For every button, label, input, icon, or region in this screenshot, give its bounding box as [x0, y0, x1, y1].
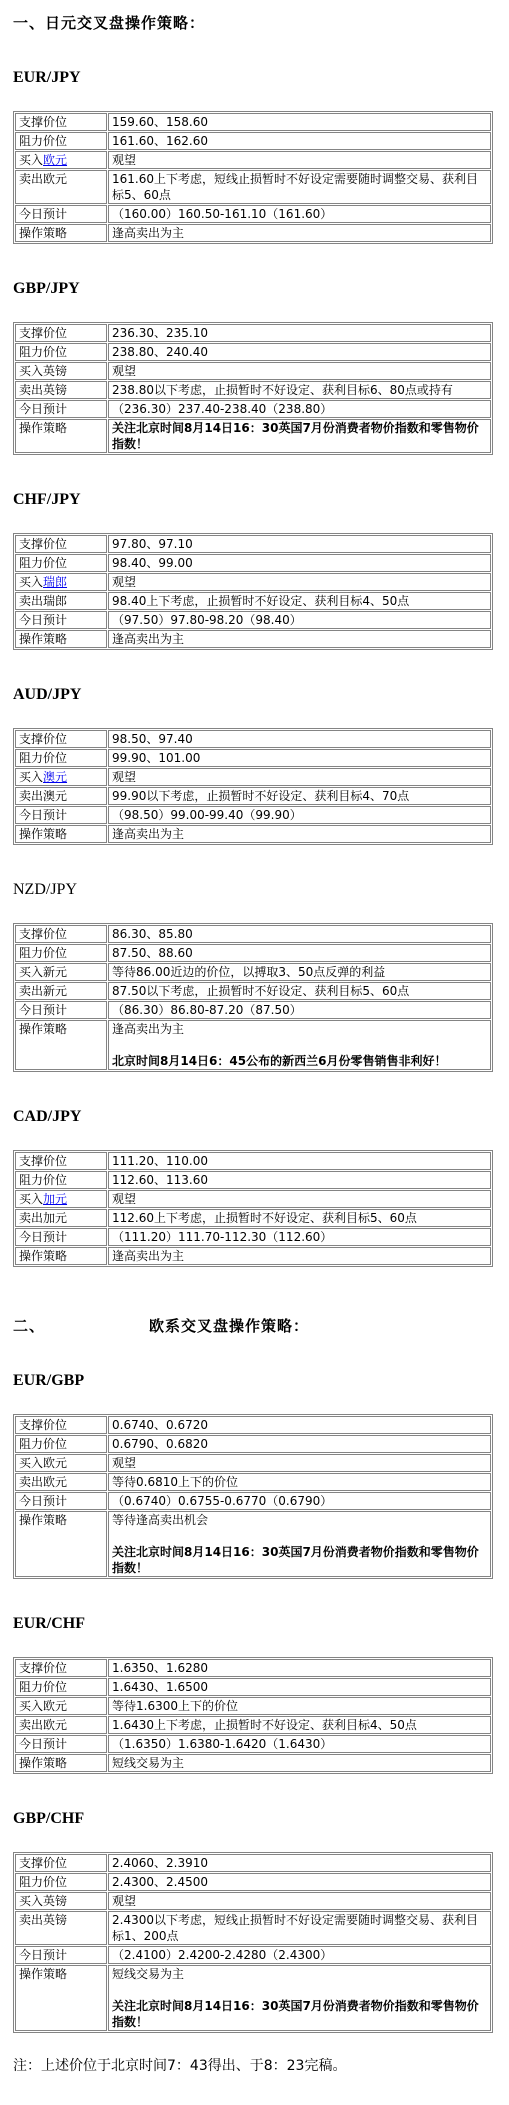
row-value: 99.90、101.00: [108, 749, 491, 767]
row-value: 111.20、110.00: [108, 1152, 491, 1170]
row-value-text: 等待0.6810上下的价位: [112, 1474, 487, 1490]
row-value-text: （97.50）97.80-98.20（98.40）: [112, 612, 487, 628]
strategy-table: 支撑价位111.20、110.00阻力价位112.60、113.60买入加元观望…: [13, 1150, 493, 1267]
table-row: 卖出欧元161.60上下考虑，短线止损暂时不好设定需要随时调整交易、获利目标5、…: [15, 170, 491, 204]
row-label: 今日预计: [15, 205, 107, 223]
row-value-text: 1.6350、1.6280: [112, 1660, 487, 1676]
row-label: 阻力价位: [15, 749, 107, 767]
row-value: 0.6790、0.6820: [108, 1435, 491, 1453]
row-label-text: 买入: [19, 575, 43, 589]
row-label-text: 支撑价位: [19, 537, 67, 551]
row-value-text: （236.30）237.40-238.40（238.80）: [112, 401, 487, 417]
row-label: 今日预计: [15, 1228, 107, 1246]
table-row: 阻力价位112.60、113.60: [15, 1171, 491, 1189]
table-row: 卖出瑞郎98.40上下考虑，止损暂时不好设定、获利目标4、50点: [15, 592, 491, 610]
row-value: （0.6740）0.6755-0.6770（0.6790）: [108, 1492, 491, 1510]
table-row: 今日预计（86.30）86.80-87.20（87.50）: [15, 1001, 491, 1019]
row-value: 98.40、99.00: [108, 554, 491, 572]
row-label-text: 今日预计: [19, 1494, 67, 1508]
table-row: 操作策略短线交易为主关注北京时间8月14日16：30英国7月份消费者物价指数和零…: [15, 1965, 491, 2031]
table-row: 今日预计（160.00）160.50-161.10（161.60）: [15, 205, 491, 223]
row-value-text: 112.60、113.60: [112, 1172, 487, 1188]
pair-heading-eur-gbp: EUR/GBP: [13, 1372, 495, 1390]
table-row: 卖出欧元等待0.6810上下的价位: [15, 1473, 491, 1491]
row-value: （98.50）99.00-99.40（99.90）: [108, 806, 491, 824]
row-value-text: 161.60、162.60: [112, 133, 487, 149]
pair-heading-gbp-jpy: GBP/JPY: [13, 280, 495, 298]
row-value-text: 87.50以下考虑，止损暂时不好设定、获利目标5、60点: [112, 983, 487, 999]
row-value: 逢高卖出为主: [108, 1247, 491, 1265]
row-label-text: 今日预计: [19, 1737, 67, 1751]
row-label: 阻力价位: [15, 554, 107, 572]
row-value: 159.60、158.60: [108, 113, 491, 131]
row-value: 161.60、162.60: [108, 132, 491, 150]
row-value-text: （0.6740）0.6755-0.6770（0.6790）: [112, 1493, 487, 1509]
row-value: 观望: [108, 1454, 491, 1472]
row-value: 等待1.6300上下的价位: [108, 1697, 491, 1715]
row-label-text: 今日预计: [19, 402, 67, 416]
row-value: 等待逢高卖出机会关注北京时间8月14日16：30英国7月份消费者物价指数和零售物…: [108, 1511, 491, 1577]
table-row: 买入加元观望: [15, 1190, 491, 1208]
row-label: 买入新元: [15, 963, 107, 981]
row-label-text: 买入英镑: [19, 364, 67, 378]
footer-note: 注：上述价位于北京时间7：43得出、于8：23完稿。: [13, 2055, 495, 2075]
row-label: 买入加元: [15, 1190, 107, 1208]
row-value: 观望: [108, 151, 491, 169]
row-label: 今日预计: [15, 1946, 107, 1964]
row-label: 阻力价位: [15, 1873, 107, 1891]
row-value-text: 236.30、235.10: [112, 325, 487, 341]
table-row: 阻力价位99.90、101.00: [15, 749, 491, 767]
row-value-text: 238.80、240.40: [112, 344, 487, 360]
row-label-text: 支撑价位: [19, 1856, 67, 1870]
pair-heading-nzd-jpy: NZD/JPY: [13, 881, 495, 899]
row-label: 卖出新元: [15, 982, 107, 1000]
row-value: （1.6350）1.6380-1.6420（1.6430）: [108, 1735, 491, 1753]
row-value: 2.4300、2.4500: [108, 1873, 491, 1891]
row-value-text: （111.20）111.70-112.30（112.60）: [112, 1229, 487, 1245]
row-value: 逢高卖出为主: [108, 630, 491, 648]
announcement-note: 关注北京时间8月14日16：30英国7月份消费者物价指数和零售物价指数！: [112, 420, 487, 452]
strategy-table: 支撑价位98.50、97.40阻力价位99.90、101.00买入澳元观望卖出澳…: [13, 728, 493, 845]
table-row: 今日预计（97.50）97.80-98.20（98.40）: [15, 611, 491, 629]
row-label: 操作策略: [15, 224, 107, 242]
table-row: 卖出澳元99.90以下考虑，止损暂时不好设定、获利目标4、70点: [15, 787, 491, 805]
row-value: 等待0.6810上下的价位: [108, 1473, 491, 1491]
row-value-text: 86.30、85.80: [112, 926, 487, 942]
strategy-table: 支撑价位1.6350、1.6280阻力价位1.6430、1.6500买入欧元等待…: [13, 1657, 493, 1774]
strategy-document: 一、日元交叉盘操作策略：EUR/JPY支撑价位159.60、158.60阻力价位…: [13, 12, 495, 2033]
row-value: 逢高卖出为主北京时间8月14日6：45公布的新西兰6月份零售销售非利好！: [108, 1020, 491, 1070]
row-value: 逢高卖出为主: [108, 825, 491, 843]
row-label-text: 卖出英镑: [19, 383, 67, 397]
row-label-text: 操作策略: [19, 1022, 67, 1036]
pair-heading-gbp-chf: GBP/CHF: [13, 1810, 495, 1828]
row-label-text: 买入: [19, 153, 43, 167]
row-label-text: 今日预计: [19, 1948, 67, 1962]
table-row: 操作策略逢高卖出为主: [15, 825, 491, 843]
row-value: 98.40上下考虑，止损暂时不好设定、获利目标4、50点: [108, 592, 491, 610]
row-value: 短线交易为主: [108, 1754, 491, 1772]
currency-link[interactable]: 澳元: [43, 770, 67, 784]
table-row: 买入欧元观望: [15, 151, 491, 169]
table-row: 操作策略逢高卖出为主北京时间8月14日6：45公布的新西兰6月份零售销售非利好！: [15, 1020, 491, 1070]
row-value: 238.80以下考虑，止损暂时不好设定、获利目标6、80点或持有: [108, 381, 491, 399]
row-value: 86.30、85.80: [108, 925, 491, 943]
row-label: 支撑价位: [15, 1152, 107, 1170]
row-value-text: 等待1.6300上下的价位: [112, 1698, 487, 1714]
row-value: 观望: [108, 362, 491, 380]
row-value: 87.50、88.60: [108, 944, 491, 962]
row-label: 操作策略: [15, 1965, 107, 2031]
row-label-text: 支撑价位: [19, 1661, 67, 1675]
row-value: 87.50以下考虑，止损暂时不好设定、获利目标5、60点: [108, 982, 491, 1000]
pair-heading-cad-jpy: CAD/JPY: [13, 1108, 495, 1126]
table-row: 支撑价位111.20、110.00: [15, 1152, 491, 1170]
table-row: 支撑价位0.6740、0.6720: [15, 1416, 491, 1434]
row-label-text: 支撑价位: [19, 927, 67, 941]
row-value: 2.4300以下考虑，短线止损暂时不好设定需要随时调整交易、获利目标1、200点: [108, 1911, 491, 1945]
row-value-text: 观望: [112, 1191, 487, 1207]
row-label: 阻力价位: [15, 132, 107, 150]
row-value-text: 98.40上下考虑，止损暂时不好设定、获利目标4、50点: [112, 593, 487, 609]
table-row: 阻力价位98.40、99.00: [15, 554, 491, 572]
row-value: 1.6430上下考虑，止损暂时不好设定、获利目标4、50点: [108, 1716, 491, 1734]
table-row: 支撑价位98.50、97.40: [15, 730, 491, 748]
row-label: 卖出欧元: [15, 1716, 107, 1734]
row-label-text: 卖出欧元: [19, 1718, 67, 1732]
row-value-text: 逢高卖出为主: [112, 1248, 487, 1264]
table-row: 买入英镑观望: [15, 362, 491, 380]
row-label: 今日预计: [15, 1735, 107, 1753]
row-value: 观望: [108, 1892, 491, 1910]
table-row: 今日预计（1.6350）1.6380-1.6420（1.6430）: [15, 1735, 491, 1753]
row-value: 98.50、97.40: [108, 730, 491, 748]
currency-link[interactable]: 瑞郎: [43, 575, 67, 589]
row-value-text: 238.80以下考虑，止损暂时不好设定、获利目标6、80点或持有: [112, 382, 487, 398]
row-label-text: 买入英镑: [19, 1894, 67, 1908]
row-value: （97.50）97.80-98.20（98.40）: [108, 611, 491, 629]
row-label-text: 卖出英镑: [19, 1913, 67, 1927]
row-value: 观望: [108, 768, 491, 786]
table-row: 卖出欧元1.6430上下考虑，止损暂时不好设定、获利目标4、50点: [15, 1716, 491, 1734]
row-label-text: 卖出澳元: [19, 789, 67, 803]
row-label-text: 阻力价位: [19, 1680, 67, 1694]
table-row: 今日预计（2.4100）2.4200-2.4280（2.4300）: [15, 1946, 491, 1964]
table-row: 阻力价位2.4300、2.4500: [15, 1873, 491, 1891]
row-label: 阻力价位: [15, 1171, 107, 1189]
table-row: 阻力价位0.6790、0.6820: [15, 1435, 491, 1453]
table-row: 卖出新元87.50以下考虑，止损暂时不好设定、获利目标5、60点: [15, 982, 491, 1000]
row-value-text: 112.60上下考虑，止损暂时不好设定、获利目标5、60点: [112, 1210, 487, 1226]
row-label-text: 卖出瑞郎: [19, 594, 67, 608]
currency-link[interactable]: 欧元: [43, 153, 67, 167]
table-row: 支撑价位159.60、158.60: [15, 113, 491, 131]
row-label-text: 买入欧元: [19, 1699, 67, 1713]
section-title: 二、欧系交叉盘操作策略：: [13, 1315, 495, 1336]
row-label-text: 操作策略: [19, 1967, 67, 1981]
row-value-text: 观望: [112, 1893, 487, 1909]
row-label: 卖出澳元: [15, 787, 107, 805]
row-value: 关注北京时间8月14日16：30英国7月份消费者物价指数和零售物价指数！: [108, 419, 491, 453]
row-label: 买入澳元: [15, 768, 107, 786]
row-value-text: 等待逢高卖出机会: [112, 1512, 487, 1528]
table-row: 今日预计（0.6740）0.6755-0.6770（0.6790）: [15, 1492, 491, 1510]
table-row: 今日预计（236.30）237.40-238.40（238.80）: [15, 400, 491, 418]
row-label-text: 卖出加元: [19, 1211, 67, 1225]
row-value-text: 161.60上下考虑，短线止损暂时不好设定需要随时调整交易、获利目标5、60点: [112, 171, 487, 203]
table-row: 买入英镑观望: [15, 1892, 491, 1910]
row-value: （86.30）86.80-87.20（87.50）: [108, 1001, 491, 1019]
announcement-note: 关注北京时间8月14日16：30英国7月份消费者物价指数和零售物价指数！: [112, 1544, 487, 1576]
row-label: 今日预计: [15, 806, 107, 824]
row-value-text: 2.4300以下考虑，短线止损暂时不好设定需要随时调整交易、获利目标1、200点: [112, 1912, 487, 1944]
table-row: 支撑价位2.4060、2.3910: [15, 1854, 491, 1872]
table-row: 买入欧元等待1.6300上下的价位: [15, 1697, 491, 1715]
announcement-note: 北京时间8月14日6：45公布的新西兰6月份零售销售非利好！: [112, 1053, 487, 1069]
row-label: 今日预计: [15, 1001, 107, 1019]
row-label: 卖出欧元: [15, 170, 107, 204]
row-label-text: 支撑价位: [19, 732, 67, 746]
row-label-text: 操作策略: [19, 1756, 67, 1770]
row-value-text: 99.90、101.00: [112, 750, 487, 766]
row-value-text: 等待86.00近边的价位，以搏取3、50点反弹的利益: [112, 964, 487, 980]
table-row: 今日预计（111.20）111.70-112.30（112.60）: [15, 1228, 491, 1246]
row-value: 97.80、97.10: [108, 535, 491, 553]
row-label: 支撑价位: [15, 1416, 107, 1434]
table-row: 阻力价位161.60、162.60: [15, 132, 491, 150]
row-value-text: 2.4060、2.3910: [112, 1855, 487, 1871]
row-label: 支撑价位: [15, 1854, 107, 1872]
row-value: 观望: [108, 573, 491, 591]
table-row: 操作策略短线交易为主: [15, 1754, 491, 1772]
row-label: 今日预计: [15, 400, 107, 418]
row-label-text: 买入新元: [19, 965, 67, 979]
row-label: 操作策略: [15, 419, 107, 453]
section-title-text: 欧系交叉盘操作策略：: [149, 1317, 309, 1335]
row-label-text: 操作策略: [19, 827, 67, 841]
row-value-text: （160.00）160.50-161.10（161.60）: [112, 206, 487, 222]
table-row: 买入欧元观望: [15, 1454, 491, 1472]
row-label-text: 今日预计: [19, 808, 67, 822]
row-label: 操作策略: [15, 1754, 107, 1772]
table-row: 买入新元等待86.00近边的价位，以搏取3、50点反弹的利益: [15, 963, 491, 981]
row-label-text: 卖出新元: [19, 984, 67, 998]
row-label: 买入欧元: [15, 1697, 107, 1715]
strategy-table: 支撑价位2.4060、2.3910阻力价位2.4300、2.4500买入英镑观望…: [13, 1852, 493, 2033]
section-title-prefix: 二、: [13, 1317, 45, 1335]
row-label-text: 阻力价位: [19, 556, 67, 570]
row-value-text: 2.4300、2.4500: [112, 1874, 487, 1890]
strategy-table: 支撑价位236.30、235.10阻力价位238.80、240.40买入英镑观望…: [13, 322, 493, 455]
row-value-text: 观望: [112, 152, 487, 168]
row-label: 阻力价位: [15, 944, 107, 962]
row-value-text: 87.50、88.60: [112, 945, 487, 961]
table-row: 买入澳元观望: [15, 768, 491, 786]
row-value: 99.90以下考虑，止损暂时不好设定、获利目标4、70点: [108, 787, 491, 805]
row-label: 卖出加元: [15, 1209, 107, 1227]
row-value-text: 1.6430上下考虑，止损暂时不好设定、获利目标4、50点: [112, 1717, 487, 1733]
row-value-text: 观望: [112, 1455, 487, 1471]
table-row: 操作策略逢高卖出为主: [15, 630, 491, 648]
row-label: 操作策略: [15, 630, 107, 648]
row-value: 1.6350、1.6280: [108, 1659, 491, 1677]
row-value: （111.20）111.70-112.30（112.60）: [108, 1228, 491, 1246]
row-label-text: 阻力价位: [19, 1875, 67, 1889]
row-label: 支撑价位: [15, 1659, 107, 1677]
table-row: 操作策略关注北京时间8月14日16：30英国7月份消费者物价指数和零售物价指数！: [15, 419, 491, 453]
table-row: 操作策略逢高卖出为主: [15, 1247, 491, 1265]
row-label-text: 今日预计: [19, 1230, 67, 1244]
row-label: 买入英镑: [15, 1892, 107, 1910]
table-row: 支撑价位1.6350、1.6280: [15, 1659, 491, 1677]
row-label: 阻力价位: [15, 343, 107, 361]
row-value: 236.30、235.10: [108, 324, 491, 342]
pair-heading-eur-jpy: EUR/JPY: [13, 69, 495, 87]
table-row: 支撑价位97.80、97.10: [15, 535, 491, 553]
row-label-text: 卖出欧元: [19, 1475, 67, 1489]
row-label-text: 买入欧元: [19, 1456, 67, 1470]
row-value: 238.80、240.40: [108, 343, 491, 361]
row-value: 112.60上下考虑，止损暂时不好设定、获利目标5、60点: [108, 1209, 491, 1227]
row-label-text: 阻力价位: [19, 134, 67, 148]
row-label: 支撑价位: [15, 113, 107, 131]
row-label: 阻力价位: [15, 1435, 107, 1453]
table-row: 阻力价位238.80、240.40: [15, 343, 491, 361]
strategy-table: 支撑价位97.80、97.10阻力价位98.40、99.00买入瑞郎观望卖出瑞郎…: [13, 533, 493, 650]
row-value: 0.6740、0.6720: [108, 1416, 491, 1434]
row-label-text: 支撑价位: [19, 1154, 67, 1168]
row-value: （236.30）237.40-238.40（238.80）: [108, 400, 491, 418]
row-label: 操作策略: [15, 1511, 107, 1577]
table-row: 卖出英镑238.80以下考虑，止损暂时不好设定、获利目标6、80点或持有: [15, 381, 491, 399]
row-value-text: 99.90以下考虑，止损暂时不好设定、获利目标4、70点: [112, 788, 487, 804]
row-value-text: 观望: [112, 363, 487, 379]
row-value-text: 159.60、158.60: [112, 114, 487, 130]
row-value-text: （98.50）99.00-99.40（99.90）: [112, 807, 487, 823]
row-value-text: （1.6350）1.6380-1.6420（1.6430）: [112, 1736, 487, 1752]
row-label-text: 今日预计: [19, 1003, 67, 1017]
row-value-text: 短线交易为主: [112, 1966, 487, 1982]
pair-heading-aud-jpy: AUD/JPY: [13, 686, 495, 704]
row-value: 短线交易为主关注北京时间8月14日16：30英国7月份消费者物价指数和零售物价指…: [108, 1965, 491, 2031]
row-label: 支撑价位: [15, 730, 107, 748]
row-label-text: 阻力价位: [19, 345, 67, 359]
row-label-text: 阻力价位: [19, 1437, 67, 1451]
table-row: 支撑价位86.30、85.80: [15, 925, 491, 943]
row-value-text: 98.50、97.40: [112, 731, 487, 747]
strategy-table: 支撑价位159.60、158.60阻力价位161.60、162.60买入欧元观望…: [13, 111, 493, 244]
row-label-text: 操作策略: [19, 1513, 67, 1527]
strategy-table: 支撑价位86.30、85.80阻力价位87.50、88.60买入新元等待86.0…: [13, 923, 493, 1072]
table-row: 支撑价位236.30、235.10: [15, 324, 491, 342]
row-value: 观望: [108, 1190, 491, 1208]
row-value-text: 逢高卖出为主: [112, 225, 487, 241]
table-row: 操作策略等待逢高卖出机会关注北京时间8月14日16：30英国7月份消费者物价指数…: [15, 1511, 491, 1577]
row-value-text: （2.4100）2.4200-2.4280（2.4300）: [112, 1947, 487, 1963]
row-label-text: 支撑价位: [19, 1418, 67, 1432]
row-label-text: 操作策略: [19, 1249, 67, 1263]
row-label: 今日预计: [15, 611, 107, 629]
row-label-text: 支撑价位: [19, 115, 67, 129]
row-value: 112.60、113.60: [108, 1171, 491, 1189]
row-value: （160.00）160.50-161.10（161.60）: [108, 205, 491, 223]
row-label-text: 阻力价位: [19, 946, 67, 960]
table-row: 操作策略逢高卖出为主: [15, 224, 491, 242]
row-label-text: 买入: [19, 1192, 43, 1206]
row-label: 卖出英镑: [15, 381, 107, 399]
row-value-text: 逢高卖出为主: [112, 826, 487, 842]
row-label: 支撑价位: [15, 535, 107, 553]
row-value: 1.6430、1.6500: [108, 1678, 491, 1696]
row-label: 买入瑞郎: [15, 573, 107, 591]
row-value: 161.60上下考虑，短线止损暂时不好设定需要随时调整交易、获利目标5、60点: [108, 170, 491, 204]
row-label-text: 操作策略: [19, 632, 67, 646]
table-row: 阻力价位87.50、88.60: [15, 944, 491, 962]
row-value-text: 逢高卖出为主: [112, 631, 487, 647]
pair-heading-eur-chf: EUR/CHF: [13, 1615, 495, 1633]
row-label: 操作策略: [15, 825, 107, 843]
row-label: 买入欧元: [15, 151, 107, 169]
row-label-text: 今日预计: [19, 207, 67, 221]
row-label: 支撑价位: [15, 324, 107, 342]
row-value-text: 短线交易为主: [112, 1755, 487, 1771]
row-label-text: 今日预计: [19, 613, 67, 627]
row-value: 逢高卖出为主: [108, 224, 491, 242]
row-value-text: 98.40、99.00: [112, 555, 487, 571]
row-label-text: 支撑价位: [19, 326, 67, 340]
table-row: 今日预计（98.50）99.00-99.40（99.90）: [15, 806, 491, 824]
row-value-text: 97.80、97.10: [112, 536, 487, 552]
currency-link[interactable]: 加元: [43, 1192, 67, 1206]
row-value-text: （86.30）86.80-87.20（87.50）: [112, 1002, 487, 1018]
row-value: （2.4100）2.4200-2.4280（2.4300）: [108, 1946, 491, 1964]
table-row: 阻力价位1.6430、1.6500: [15, 1678, 491, 1696]
pair-heading-chf-jpy: CHF/JPY: [13, 491, 495, 509]
row-value-text: 逢高卖出为主: [112, 1021, 487, 1037]
row-label-text: 操作策略: [19, 421, 67, 435]
table-row: 卖出英镑2.4300以下考虑，短线止损暂时不好设定需要随时调整交易、获利目标1、…: [15, 1911, 491, 1945]
row-label: 操作策略: [15, 1020, 107, 1070]
row-label-text: 阻力价位: [19, 751, 67, 765]
row-value: 等待86.00近边的价位，以搏取3、50点反弹的利益: [108, 963, 491, 981]
row-label: 卖出瑞郎: [15, 592, 107, 610]
strategy-table: 支撑价位0.6740、0.6720阻力价位0.6790、0.6820买入欧元观望…: [13, 1414, 493, 1579]
row-value: 2.4060、2.3910: [108, 1854, 491, 1872]
row-value-text: 0.6790、0.6820: [112, 1436, 487, 1452]
row-label: 今日预计: [15, 1492, 107, 1510]
row-label-text: 买入: [19, 770, 43, 784]
row-label: 卖出欧元: [15, 1473, 107, 1491]
row-label-text: 阻力价位: [19, 1173, 67, 1187]
section-title: 一、日元交叉盘操作策略：: [13, 12, 495, 33]
row-value-text: 观望: [112, 769, 487, 785]
row-label: 支撑价位: [15, 925, 107, 943]
row-label: 阻力价位: [15, 1678, 107, 1696]
row-value-text: 观望: [112, 574, 487, 590]
row-value-text: 1.6430、1.6500: [112, 1679, 487, 1695]
row-value-text: 0.6740、0.6720: [112, 1417, 487, 1433]
row-label-text: 操作策略: [19, 226, 67, 240]
table-row: 卖出加元112.60上下考虑，止损暂时不好设定、获利目标5、60点: [15, 1209, 491, 1227]
table-row: 买入瑞郎观望: [15, 573, 491, 591]
row-label: 操作策略: [15, 1247, 107, 1265]
announcement-note: 关注北京时间8月14日16：30英国7月份消费者物价指数和零售物价指数！: [112, 1998, 487, 2030]
row-value-text: 111.20、110.00: [112, 1153, 487, 1169]
row-label: 买入欧元: [15, 1454, 107, 1472]
row-label-text: 卖出欧元: [19, 172, 67, 186]
row-label: 卖出英镑: [15, 1911, 107, 1945]
